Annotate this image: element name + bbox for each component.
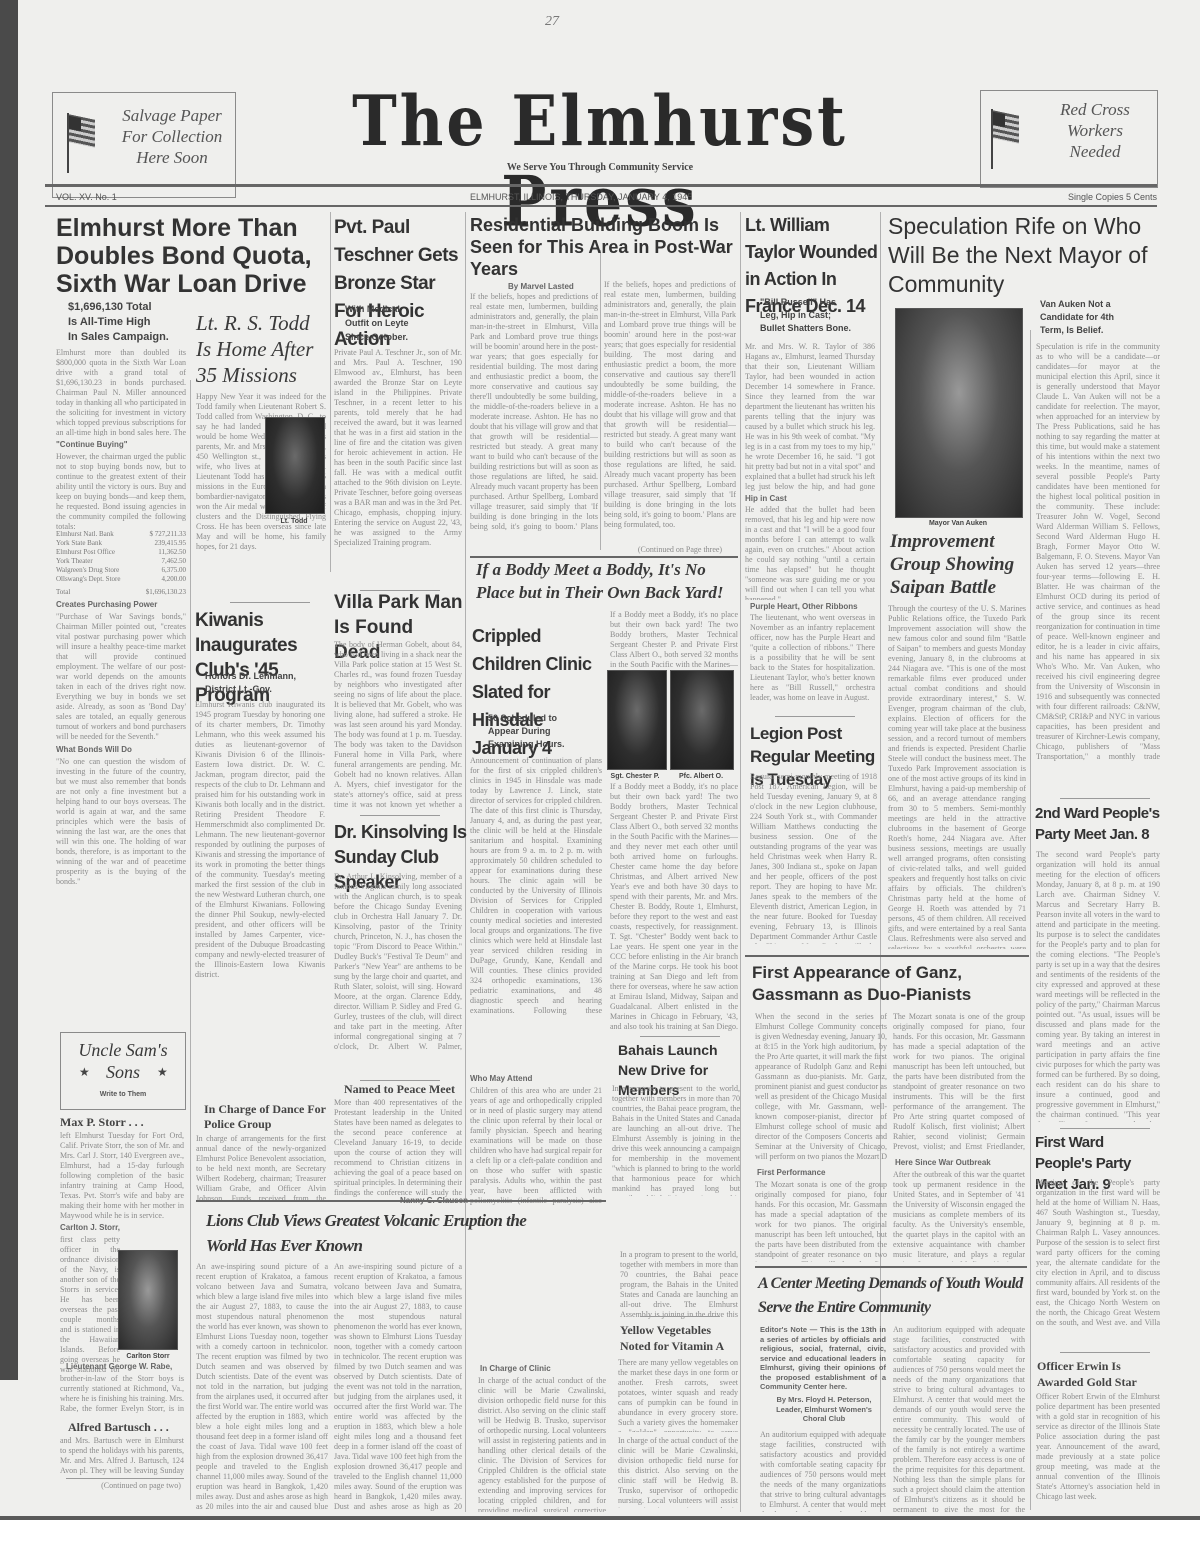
headline-bond-quota: Elmhurst More Than Doubles Bond Quota, S… [56, 214, 332, 298]
motto: We Serve You Through Community Service [420, 162, 780, 173]
article-body-bahais: In a program to present to the world, to… [612, 1084, 740, 1196]
headline-peace-meet: Named to Peace Meet [344, 1082, 464, 1097]
deck-teschner: With Medical Outfit on Leyte Since Octob… [345, 302, 455, 344]
column-rule [1030, 330, 1031, 1510]
divider [66, 1478, 184, 1479]
photo-caption: Pfc. Albert O. [668, 773, 734, 780]
deck-clinic: 50 Scheduled to Appear During Examining … [488, 712, 598, 751]
article-body-boddy: If a Boddy meet a Boddy, it's no place b… [610, 610, 738, 668]
article-body-ganz-2: The Mozart sonata is one of the group or… [755, 1180, 887, 1262]
photo-lt-todd [265, 417, 325, 514]
headline-erwin: Officer Erwin Is Awarded Gold Star [1037, 1358, 1162, 1390]
bond-totals-table: Elmhurst Natl. Bank$ 727,211.33 York Sta… [56, 530, 186, 597]
ear-line: Red Cross [1045, 99, 1145, 120]
article-body-peace: More than 400 representatives of the Pro… [334, 1098, 462, 1198]
ear-line: Salvage Paper [113, 105, 231, 126]
headline-yellow-vegetables: Yellow Vegetables Noted for Vitamin A [620, 1322, 740, 1354]
headline-todd: Lt. R. S. Todd Is Home After 35 Missions [196, 310, 326, 388]
deck-taylor: "Bill Russell" Has Leg, Hip in Cast; Bul… [760, 296, 875, 335]
table-row: Walgreen's Drug Store6,375.00 [56, 566, 186, 575]
column-rule [600, 250, 601, 550]
divider [1060, 798, 1150, 799]
article-body-teschner: Private Paul A. Teschner Jr., son of Mr.… [334, 348, 462, 578]
article-body-bond: Elmhurst more than doubled its $800,000 … [56, 348, 186, 436]
subhead: Who May Attend [470, 1074, 532, 1083]
volume-number: VOL. XV. No. 1 [56, 192, 117, 202]
article-body-taylor-2: He added that the bullet had been remove… [745, 505, 875, 600]
item-body: brother-in-law of the Storr boys is curr… [60, 1374, 184, 1414]
article-body-yellow-vegetables: There are many yellow vegetables on the … [618, 1358, 738, 1432]
article-body-youth: An auditorium equipped with adequate sta… [760, 1430, 886, 1512]
divider [1060, 1128, 1150, 1129]
photo-caption: Lt. Todd [265, 518, 323, 525]
divider [1060, 1352, 1150, 1353]
item-name: Alfred Bartusch . . . [68, 1420, 169, 1435]
item-body: and Mrs. Bartusch were in Elmhurst to sp… [60, 1436, 184, 1476]
article-body-boddy-2: If a Boddy meet a Boddy, it's no place b… [610, 782, 738, 1032]
item-name: Max P. Storr . . . [60, 1115, 144, 1130]
article-body-ganz: When the second in the series of Elmhurs… [755, 1012, 887, 1162]
divider [360, 1080, 440, 1081]
byline: By Mrs. Floyd H. Peterson, Leader, Elmhu… [765, 1395, 883, 1424]
item-body: left Elmhurst Tuesday for Fort Ord, Cali… [60, 1131, 184, 1221]
ear-line: For Collection [113, 126, 231, 147]
item-name: Carlton J. Storr, [60, 1223, 120, 1232]
article-body-mayor: Speculation is rife in the community as … [1036, 342, 1160, 762]
table-row: Elmhurst Natl. Bank$ 727,211.33 [56, 530, 186, 539]
article-body-youth-2: An auditorium equipped with adequate sta… [893, 1325, 1025, 1512]
article-body-taylor: Mr. and Mrs. W. R. Taylor of 386 Hagans … [745, 342, 875, 492]
headline-mayor: Speculation Rife on Who Will Be the Next… [888, 212, 1160, 299]
article-body-lions: An awe-inspiring sound picture of a rece… [196, 1262, 328, 1512]
article-body-ganz-4: After the outbreak of this war the quart… [893, 1170, 1025, 1262]
divider [230, 602, 310, 603]
headline-saipan: Improvement Group Showing Saipan Battle [890, 530, 1030, 599]
right-ear-box: Red Cross Workers Needed [980, 90, 1158, 188]
deck-line: Since October. [345, 330, 455, 344]
right-ear-text: Red Cross Workers Needed [1045, 99, 1145, 162]
ear-line: Workers [1045, 120, 1145, 141]
article-body-boom: If the beliefs, hopes and predictions of… [470, 292, 598, 532]
byline: By Marvel Lasted [508, 282, 574, 291]
article-body-ganz-3: The Mozart sonata is one of the group or… [893, 1012, 1025, 1152]
divider [775, 716, 855, 717]
article-body-bond-3: "Purchase of War Savings bonds," Chairma… [56, 612, 186, 742]
deck-line: District Lt.-Gov. [205, 683, 325, 696]
photo-carlton-storr [118, 1250, 178, 1350]
table-row: York State Bank239,415.95 [56, 539, 186, 548]
article-body-lions-2: An awe-inspiring sound picture of a rece… [334, 1262, 462, 1512]
headline-youth-center: A Center Meeting Demands of Youth Would … [758, 1272, 1030, 1320]
photo-caption: Mayor Van Auken [895, 520, 1021, 527]
item-body: first class petty officer in the ordnanc… [60, 1235, 120, 1375]
headline-boddy: If a Boddy Meet a Boddy, It's No Place b… [476, 558, 741, 604]
headline-residential-boom: Residential Building Boom Is Seen for Th… [470, 214, 740, 280]
subhead: In Charge of Clinic [480, 1364, 551, 1373]
article-body-2nd-ward: The second ward People's party organizat… [1036, 850, 1160, 1122]
deck-line: In Sales Campaign. [68, 330, 188, 345]
box-subtitle: Write to Them [61, 1091, 185, 1098]
article-body-clinic: Announcement of continuation of plans fo… [470, 756, 602, 1016]
headline-police-dance: In Charge of Dance For Police Group [204, 1102, 329, 1132]
table-row: Ollswang's Dept. Store4,200.00 [56, 575, 186, 584]
article-body-erwin: Officer Robert Erwin of the Elmhurst pol… [1036, 1392, 1160, 1512]
article-body-clinic-2: Children of this area who are under 21 y… [470, 1086, 602, 1206]
uncle-sams-sons-box: Uncle Sam's Sons ★ ★ Write to Them [60, 1032, 186, 1110]
photo-chester-boddy [607, 670, 667, 770]
left-ear-box: Salvage Paper For Collection Here Soon [52, 92, 236, 198]
article-body-police-dance: In charge of arrangements for the first … [196, 1134, 326, 1204]
table-row: Elmhurst Post Office11,362.50 [56, 548, 186, 557]
flag-icon [63, 113, 97, 171]
continued-link[interactable]: (Continued on page two) [86, 1481, 196, 1491]
deck-line: 50 Scheduled to [488, 712, 598, 725]
divider [640, 1316, 720, 1317]
headline-ganz: First Appearance of Ganz, Gassmann as Du… [752, 962, 1027, 1006]
subhead: Here Since War Outbreak [895, 1158, 991, 1167]
deck-line: Term, Is Belief. [1040, 324, 1158, 337]
subhead: First Performance [757, 1168, 825, 1177]
deck-line: Bullet Shatters Bone. [760, 322, 875, 335]
deck-kiwanis: Honors Dr. Lehmann, District Lt.-Gov. [205, 670, 325, 696]
deck-line: Leg, Hip in Cast; [760, 309, 875, 322]
table-row-total: Total$1,696,130.23 [56, 588, 186, 597]
article-body-legion: Regular semi-monthly meeting of 1918 Pos… [750, 772, 877, 944]
article-body-bond-4: "No one can question the wisdom of inves… [56, 757, 186, 997]
divider [196, 1200, 606, 1202]
photo-albert-boddy [670, 670, 734, 770]
divider [745, 955, 1029, 957]
deck-line: $1,696,130 Total [68, 300, 188, 315]
left-ear-text: Salvage Paper For Collection Here Soon [113, 105, 231, 168]
newspaper-page: 27 Salvage Paper For Collection Here Soo… [0, 0, 1200, 1553]
article-body-1st-ward: Meeting of the People's party organizati… [1036, 1178, 1160, 1328]
deck-bond: $1,696,130 Total Is All-Time High In Sal… [68, 300, 188, 345]
deck-line: Is All-Time High [68, 315, 188, 330]
masthead-rule [45, 184, 1157, 187]
deck-line: Honors Dr. Lehmann, [205, 670, 325, 683]
star-icon: ★ [157, 1065, 168, 1080]
article-body-clinic-3: In charge of the actual conduct of the c… [478, 1376, 606, 1512]
divider [755, 1266, 1027, 1268]
deck-line: "Bill Russell" Has [760, 296, 875, 309]
deck-mayor: Van Auken Not a Candidate for 4th Term, … [1040, 298, 1158, 337]
headline-lions: Lions Club Views Greatest Volcanic Erupt… [206, 1208, 536, 1258]
deck-line: Candidate for 4th [1040, 311, 1158, 324]
box-title-line: Uncle Sam's [61, 1039, 185, 1061]
divider [360, 815, 440, 816]
article-body-kinsolving: Dr. Arthur L. Kinsolving, member of a fa… [334, 872, 462, 1052]
star-icon: ★ [79, 1065, 90, 1080]
flag-icon [987, 109, 1021, 167]
handwritten-mark: 27 [545, 14, 559, 30]
column-rule [190, 380, 191, 1500]
subhead: Hip in Cast [745, 494, 787, 503]
deck-line: Van Auken Not a [1040, 298, 1158, 311]
item-name: Lieutenant George W. Rabe, [66, 1362, 172, 1371]
ear-line: Here Soon [113, 147, 231, 168]
subhead: What Bonds Will Do [56, 745, 132, 754]
dateline-rule [45, 205, 1157, 207]
scan-edge [0, 0, 18, 1380]
photo-mayor-van-auken [895, 308, 1023, 518]
editors-note: Editor's Note — This is the 13th in a se… [760, 1325, 886, 1392]
subhead: Purple Heart, Other Ribbons [750, 602, 858, 611]
deck-line: Outfit on Leyte [345, 316, 455, 330]
photo-caption: Sgt. Chester P. [603, 773, 667, 780]
divider [640, 1036, 720, 1037]
article-body-saipan: Through the courtesy of the U. S. Marine… [888, 604, 1026, 949]
article-body-taylor-3: The lieutenant, who went overseas in Nov… [750, 613, 875, 708]
price: Single Copies 5 Cents [1068, 192, 1157, 202]
subhead: Creates Purchasing Power [56, 600, 157, 609]
dateline: ELMHURST, ILLINOIS, THURSDAY, JANUARY 4,… [470, 192, 692, 202]
subhead: "Continue Buying" [56, 440, 128, 449]
deck-line: Appear During [488, 725, 598, 738]
photo-caption: Carlton Storr [118, 1353, 178, 1360]
article-body-bahais-2: In a program to present to the world, to… [620, 1250, 738, 1320]
headline-2nd-ward: 2nd Ward People's Party Meet Jan. 8 [1035, 803, 1160, 845]
scan-margin [0, 1520, 1200, 1553]
article-body-boom-2: If the beliefs, hopes and predictions of… [604, 280, 736, 530]
column-rule [740, 212, 741, 1512]
deck-line: Examining Hours. [488, 738, 598, 751]
deck-line: With Medical [345, 302, 455, 316]
ear-line: Needed [1045, 141, 1145, 162]
continued-link[interactable]: (Continued on Page three) [620, 545, 740, 555]
article-body-kiwanis: Elmhurst Kiwanis club inaugurated its 19… [195, 700, 325, 1080]
table-row: York Theater7,462.50 [56, 557, 186, 566]
article-body-villa-park: The body of Herman Gobelt, about 84, who… [334, 640, 462, 810]
article-body-clinic-end: In charge of the actual conduct of the c… [618, 1436, 738, 1508]
